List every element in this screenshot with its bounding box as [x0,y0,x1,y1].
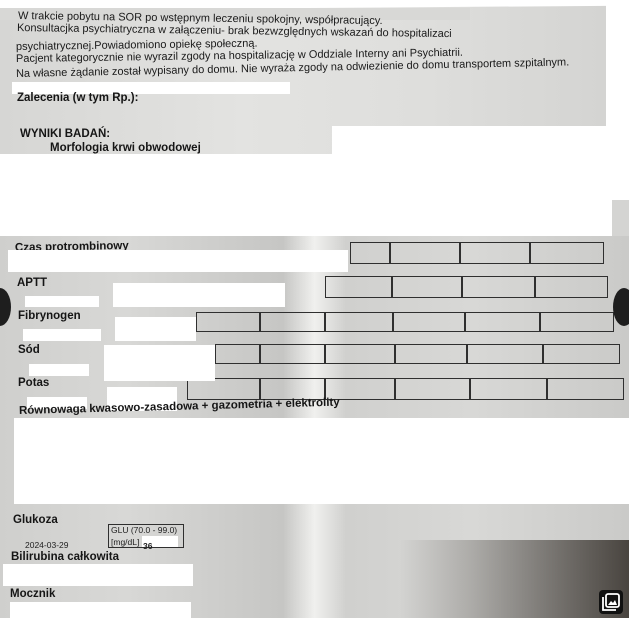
table-cell [260,312,325,332]
redaction [104,345,215,381]
redaction [25,296,99,307]
table-cell [325,312,393,332]
table-cell [462,276,535,298]
test-potassium: Potas [18,377,49,389]
table-cell [547,378,624,400]
table-cell [530,242,604,264]
shadow [400,540,629,618]
gallery-button[interactable] [599,590,623,614]
table-cell [465,312,540,332]
redaction [3,564,193,586]
gallery-icon [599,590,623,614]
table-cell [390,242,460,264]
table-cell [395,344,467,364]
table-cell [460,242,530,264]
next-page-tab[interactable] [613,288,629,326]
glucose-value: 36 [142,541,152,551]
table-cell [543,344,620,364]
redaction [332,126,629,156]
test-glucose: Glukoza [13,514,58,526]
redaction [29,364,89,376]
test-fibrinogen: Fibrynogen [18,310,81,322]
table-cell [470,378,547,400]
table-cell [535,276,608,298]
table-cell [540,312,614,332]
glucose-date: 2024-03-29 [25,540,68,550]
redaction [8,250,348,272]
table-cell [392,276,462,298]
results-heading: WYNIKI BADAŃ: [20,128,110,140]
test-urea: Mocznik [10,588,55,600]
table-cell [187,378,260,400]
redaction [23,329,101,341]
redaction [14,418,629,504]
table-cell [196,312,260,332]
table-cell [393,312,465,332]
redaction [113,283,285,307]
redaction [0,154,612,238]
redaction [115,317,196,341]
glucose-param: GLU (70.0 - 99.0) [111,525,177,535]
redaction [10,602,191,618]
table-cell [325,276,392,298]
table-cell [325,344,395,364]
table-cell [350,242,390,264]
glucose-value-box: 36 [142,536,178,547]
recommendations-heading: Zalecenia (w tym Rp.): [17,92,138,104]
table-cell [260,344,325,364]
glucose-unit: [mg/dL] [111,537,139,547]
test-bilirubin: Bilirubina całkowita [11,551,119,563]
morphology-label: Morfologia krwi obwodowej [50,142,201,154]
table-cell [395,378,470,400]
paper-edge [612,200,629,240]
table-cell [215,344,260,364]
test-sodium: Sód [18,344,40,356]
test-aptt: APTT [17,277,47,289]
table-cell [467,344,543,364]
